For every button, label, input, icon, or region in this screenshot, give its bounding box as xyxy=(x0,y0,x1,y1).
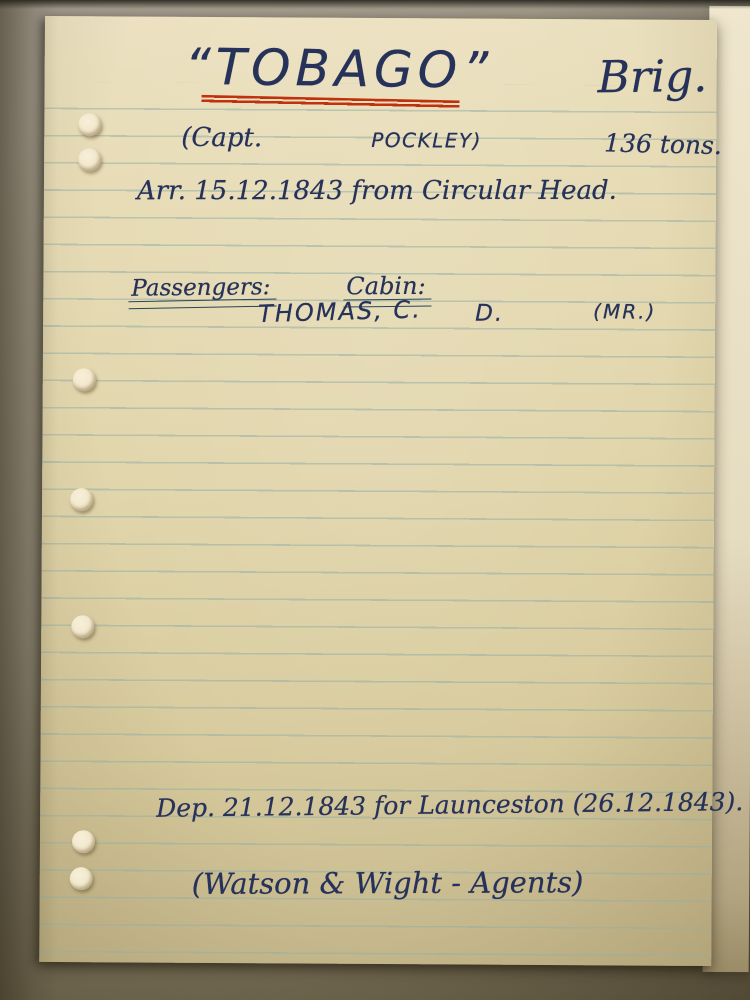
passenger-class-mark: D. xyxy=(475,301,504,327)
photo-top-shadow xyxy=(0,0,750,9)
punch-hole xyxy=(78,148,101,171)
punch-hole xyxy=(72,830,95,853)
captain-surname: POCKLEY) xyxy=(371,128,482,153)
captain-prefix: (Capt. xyxy=(181,123,262,153)
arrival-note: Arr. 15.12.1843 from Circular Head. xyxy=(137,176,617,206)
photo-of-document: “TOBAGO” Brig. (Capt. POCKLEY) 136 tons.… xyxy=(0,0,750,1000)
punch-hole xyxy=(78,113,101,136)
tonnage: 136 tons. xyxy=(604,128,722,160)
page-edge-shadow xyxy=(0,0,58,1000)
rig-type: Brig. xyxy=(597,51,707,103)
notebook-page: “TOBAGO” Brig. (Capt. POCKLEY) 136 tons.… xyxy=(39,16,717,966)
ship-name-title: “TOBAGO” xyxy=(184,38,493,100)
passenger-name: THOMAS, C. xyxy=(258,295,422,328)
punch-hole xyxy=(70,867,93,890)
punch-hole xyxy=(73,368,96,391)
agents-note: (Watson & Wight - Agents) xyxy=(192,865,584,901)
punch-hole xyxy=(70,488,93,511)
passenger-honorific: (MR.) xyxy=(593,299,656,323)
passengers-heading: Passengers: xyxy=(131,274,270,302)
ruled-lines xyxy=(39,82,716,958)
punch-hole xyxy=(71,615,94,638)
